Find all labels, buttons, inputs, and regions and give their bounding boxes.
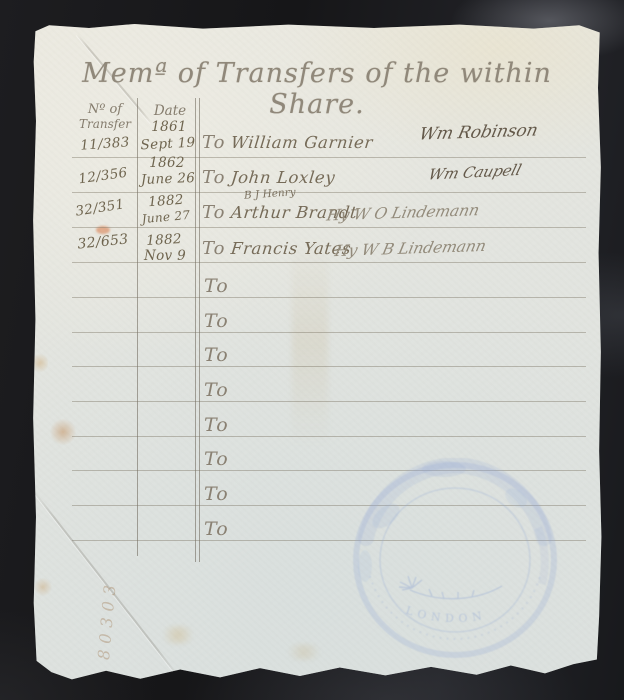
empty-to-label: To xyxy=(204,518,229,540)
circular-ink-stamp: LONDON xyxy=(348,458,562,662)
transfer-entry: ToJohn Loxley xyxy=(202,167,336,188)
margin-number: 80303 xyxy=(91,544,123,695)
transfer-date: June 26 xyxy=(136,170,201,188)
transfer-date: Nov 9 xyxy=(136,248,194,264)
to-label: To xyxy=(202,238,225,259)
stamp-branch-icon xyxy=(399,576,502,599)
transfer-signature: Hy W B Lindemann xyxy=(333,234,574,260)
transfer-date: Sept 19 xyxy=(138,134,199,153)
transferee-name: John Loxley xyxy=(230,168,336,187)
empty-to-label: To xyxy=(204,448,229,470)
transfer-number: 32/351 xyxy=(67,195,133,221)
ruled-line xyxy=(72,366,586,367)
photo-background: Memª of Transfers of the within Share. N… xyxy=(0,0,624,700)
transfer-year: 1861 xyxy=(142,119,196,135)
column-rule xyxy=(195,98,196,562)
transfer-signature: Hy W O Lindemann xyxy=(325,198,586,225)
paper-stain xyxy=(50,418,76,446)
paper-stain xyxy=(462,680,492,692)
paper-stain xyxy=(32,352,48,374)
transferee-name: William Garnier xyxy=(230,133,374,152)
paper-stain xyxy=(34,577,52,597)
document-paper: Memª of Transfers of the within Share. N… xyxy=(32,22,602,682)
ruled-line xyxy=(72,436,586,437)
ruled-line xyxy=(72,227,586,228)
transfer-signature: Wm Robinson xyxy=(417,119,572,144)
to-label: To xyxy=(202,167,225,188)
empty-to-label: To xyxy=(204,414,229,436)
transfer-year: 1882 xyxy=(136,231,193,250)
ruled-line xyxy=(72,297,586,298)
column-header-line1: Nº of xyxy=(68,102,142,117)
ink-showthrough xyxy=(292,237,328,447)
column-header-transfer-number: Nº of Transfer xyxy=(68,102,142,132)
transfer-signature: Wm Caupell xyxy=(426,158,573,183)
transfer-entry: ToFrancis Yates xyxy=(202,238,352,259)
paper-stain xyxy=(158,626,198,644)
transfer-number: 12/356 xyxy=(67,163,139,189)
empty-to-label: To xyxy=(204,379,229,401)
transfer-year: 1862 xyxy=(140,155,194,171)
empty-to-label: To xyxy=(204,310,229,332)
empty-to-label: To xyxy=(204,344,229,366)
ruled-line xyxy=(72,401,586,402)
inserted-name: B J Henry xyxy=(244,186,296,202)
ruled-line xyxy=(72,192,586,193)
column-header-date: Date xyxy=(142,104,198,119)
paper-stain xyxy=(282,644,326,660)
ruled-line xyxy=(72,332,586,333)
transfer-entry: ToWilliam Garnier xyxy=(202,132,373,153)
transfer-number: 11/383 xyxy=(72,134,139,155)
transfer-number: 32/653 xyxy=(69,231,136,254)
column-rule xyxy=(199,98,200,562)
to-label: To xyxy=(202,132,225,153)
empty-to-label: To xyxy=(204,275,229,297)
empty-to-label: To xyxy=(204,483,229,505)
column-header-line2: Transfer xyxy=(68,117,142,132)
to-label: To xyxy=(202,202,225,223)
